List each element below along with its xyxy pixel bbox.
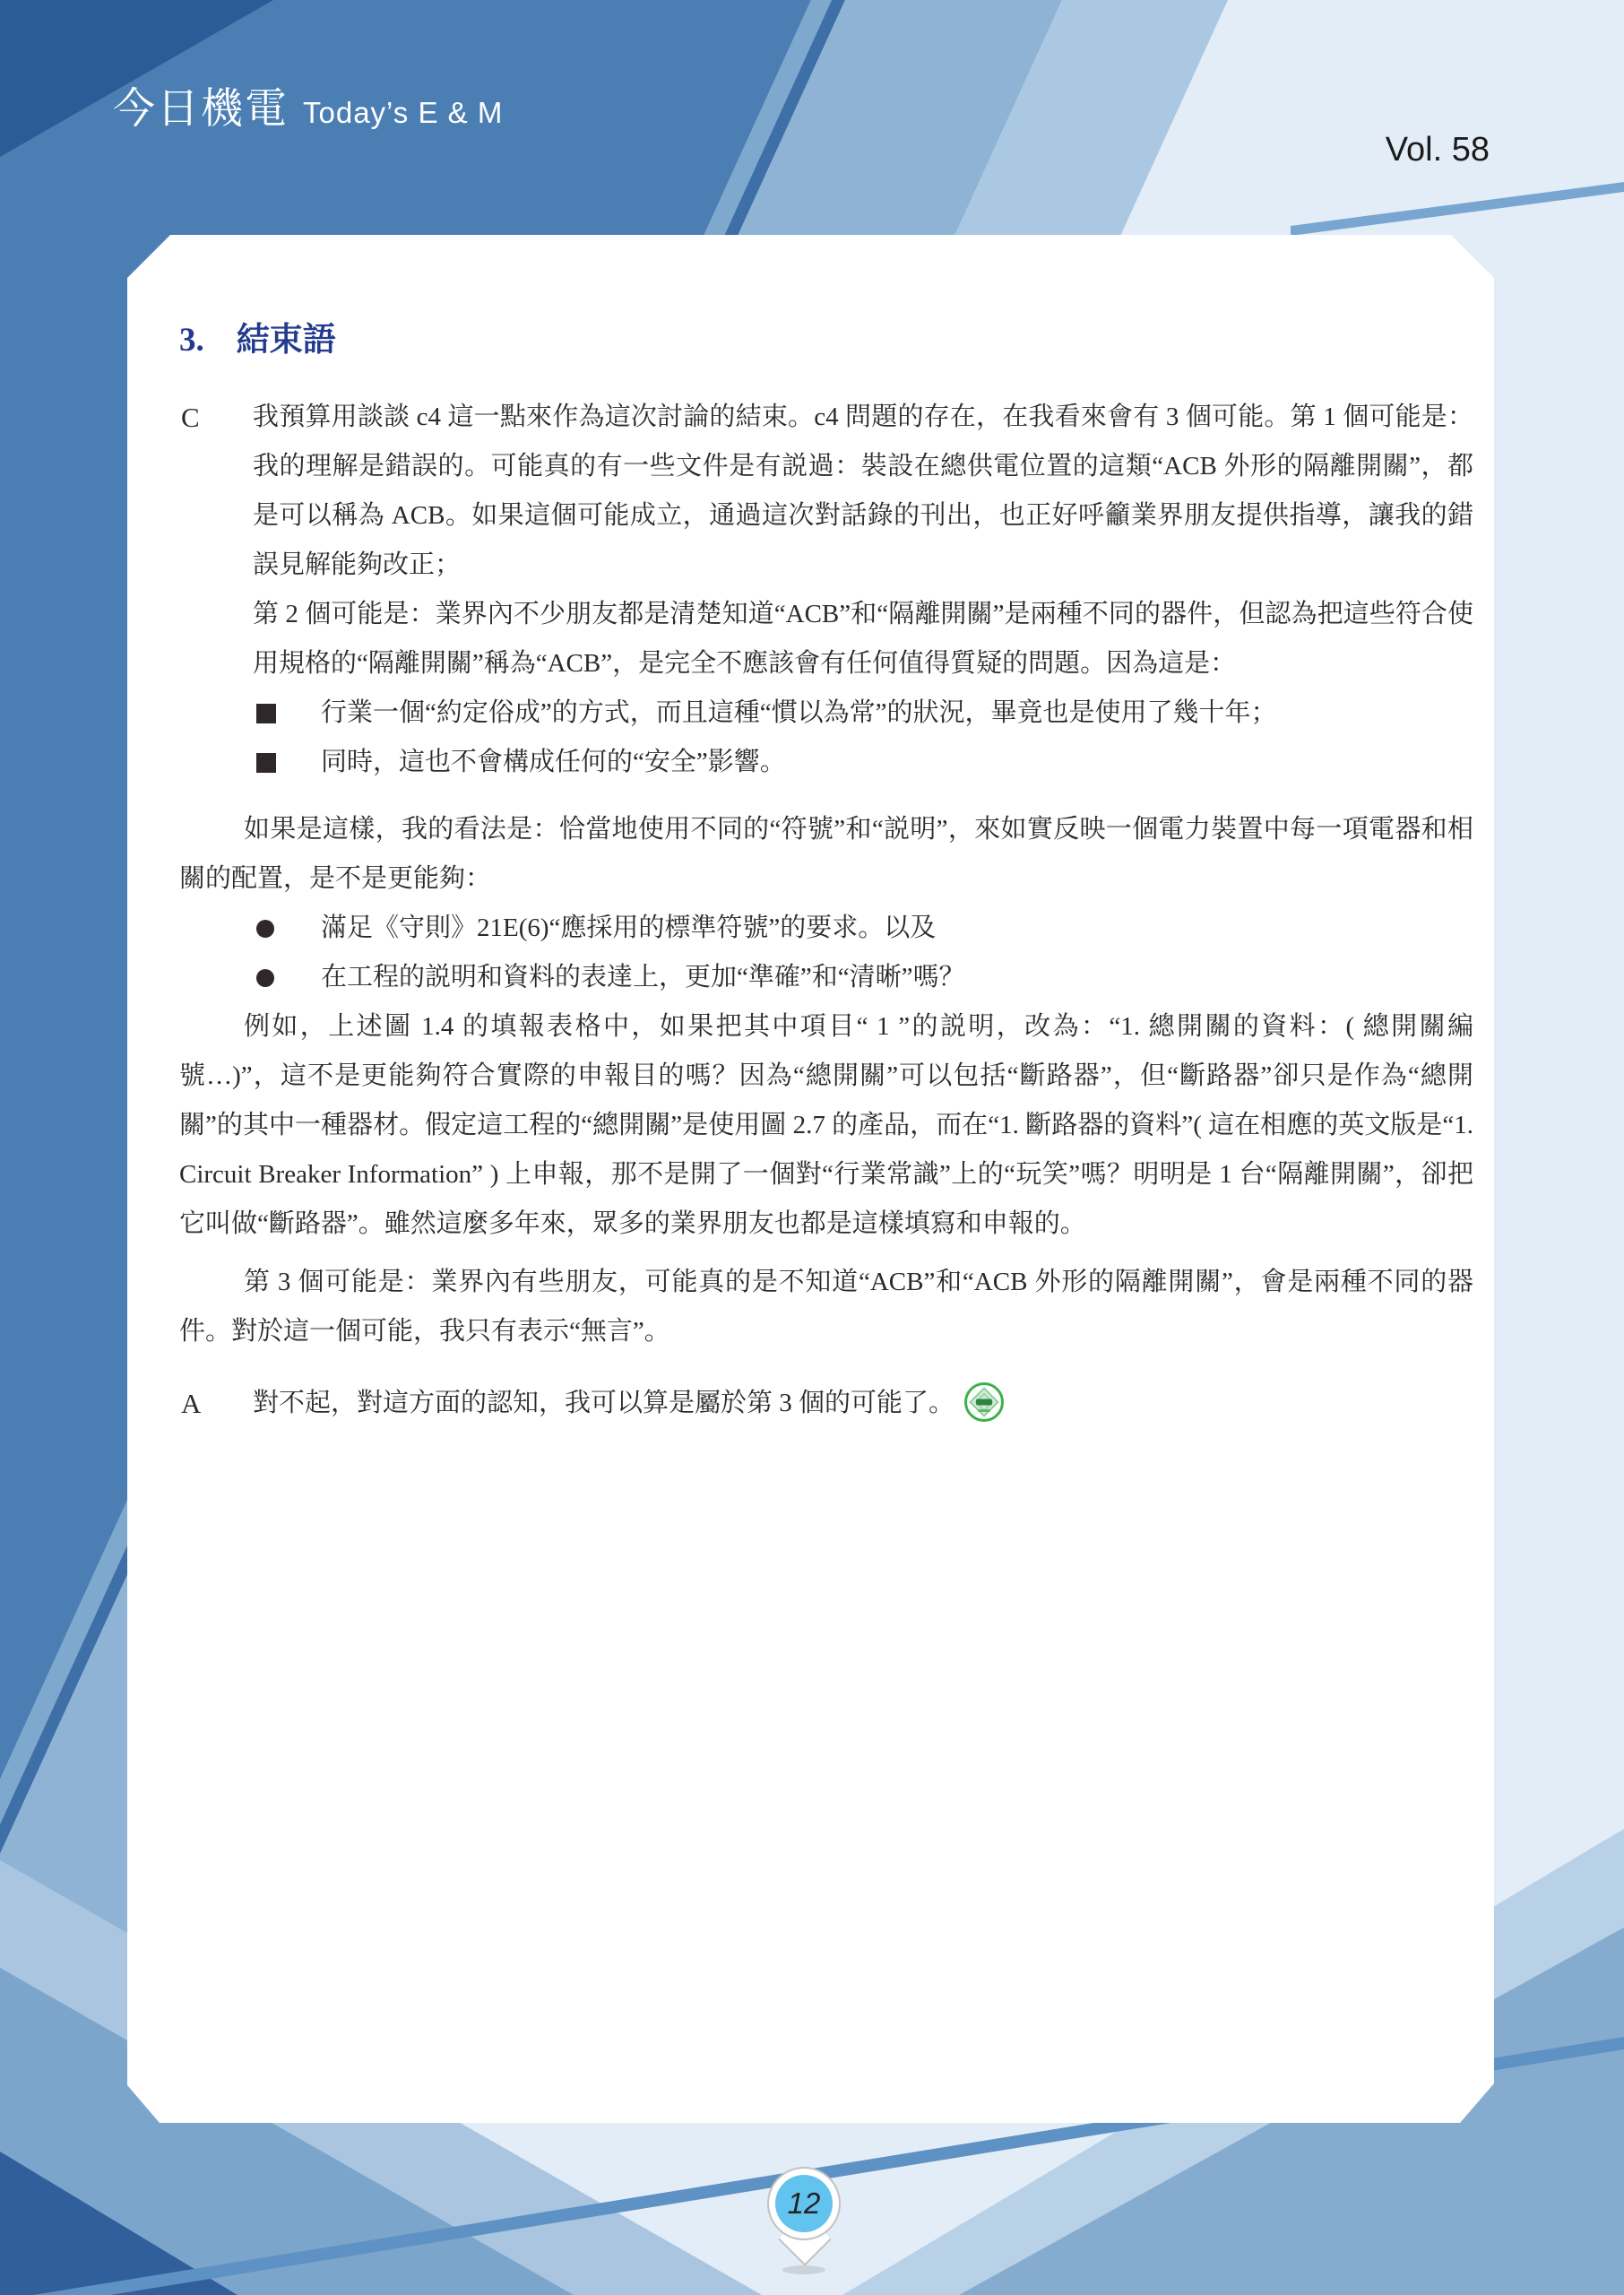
paragraph-c-second: 第 2 個可能是：業界內不少朋友都是清楚知道“ACB”和“隔離開關”是兩種不同的… bbox=[253, 590, 1473, 688]
speaker-c-label: C bbox=[181, 393, 200, 442]
pin-shadow bbox=[782, 2265, 825, 2274]
paragraph-example: 例如，上述圖 1.4 的填報表格中，如果把其中項目“ 1 ”的説明，改為：“1.… bbox=[179, 1002, 1473, 1249]
dot-bullet-icon bbox=[256, 969, 274, 987]
magazine-page: 今日機電 Today’s E & M Vol. 58 3. 結束語 C 我預算用… bbox=[0, 0, 1624, 2295]
speaker-a-block: A 對不起，對這方面的認知，我可以算是屬於第 3 個的可能了。 bbox=[179, 1379, 1473, 1440]
volume-label: Vol. 58 bbox=[1386, 131, 1490, 169]
section-number: 3. bbox=[179, 316, 204, 365]
section-title: 結束語 bbox=[237, 316, 336, 365]
paragraph-view: 如果是這樣，我的看法是：恰當地使用不同的“符號”和“説明”，來如實反映一個電力裝… bbox=[179, 805, 1473, 904]
square-bullet-text: 行業一個“約定俗成”的方式，而且這種“慣以為常”的狀況，畢竟也是使用了幾十年； bbox=[321, 688, 1277, 738]
dot-bullet-item: 在工程的説明和資料的表達上，更加“準確”和“清晰”嗎？ bbox=[256, 953, 1473, 1002]
dot-bullet-text: 滿足《守則》21E(6)“應採用的標準符號”的要求。以及 bbox=[321, 904, 936, 953]
section-heading: 3. 結束語 bbox=[179, 316, 1473, 365]
dot-bullet-text: 在工程的説明和資料的表達上，更加“準確”和“清晰”嗎？ bbox=[321, 953, 965, 1002]
square-bullet-item: 同時，這也不會構成任何的“安全”影響。 bbox=[256, 738, 1473, 787]
square-bullet-item: 行業一個“約定俗成”的方式，而且這種“慣以為常”的狀況，畢竟也是使用了幾十年； bbox=[256, 688, 1473, 738]
paragraph-a-text: 對不起，對這方面的認知，我可以算是屬於第 3 個的可能了。 bbox=[253, 1389, 955, 1417]
speaker-a-label: A bbox=[181, 1379, 201, 1428]
paragraph-c-intro: 我預算用談談 c4 這一點來作為這次討論的結束。c4 問題的存在，在我看來會有 … bbox=[253, 393, 1473, 590]
logo-latin-text: Today’s E & M bbox=[303, 96, 503, 130]
pin-inner-circle: 12 bbox=[775, 2175, 833, 2232]
square-bullet-icon bbox=[256, 753, 276, 773]
speaker-c-block: C 我預算用談談 c4 這一點來作為這次討論的結束。c4 問題的存在，在我看來會… bbox=[179, 393, 1473, 787]
dot-bullet-item: 滿足《守則》21E(6)“應採用的標準符號”的要求。以及 bbox=[256, 904, 1473, 953]
article-content: 3. 結束語 C 我預算用談談 c4 這一點來作為這次討論的結束。c4 問題的存… bbox=[179, 316, 1473, 1440]
logo-cjk-text: 今日機電 bbox=[113, 75, 289, 135]
dot-bullet-icon bbox=[256, 920, 274, 938]
square-bullet-icon bbox=[256, 704, 276, 723]
page-number: 12 bbox=[788, 2187, 821, 2221]
square-bullet-text: 同時，這也不會構成任何的“安全”影響。 bbox=[321, 738, 786, 787]
page-number-pin: 12 bbox=[764, 2165, 844, 2282]
end-of-article-icon bbox=[963, 1381, 1005, 1440]
paragraph-third: 第 3 個可能是：業界內有些朋友，可能真的是不知道“ACB”和“ACB 外形的隔… bbox=[179, 1258, 1473, 1356]
magazine-logo: 今日機電 Today’s E & M bbox=[113, 75, 503, 135]
